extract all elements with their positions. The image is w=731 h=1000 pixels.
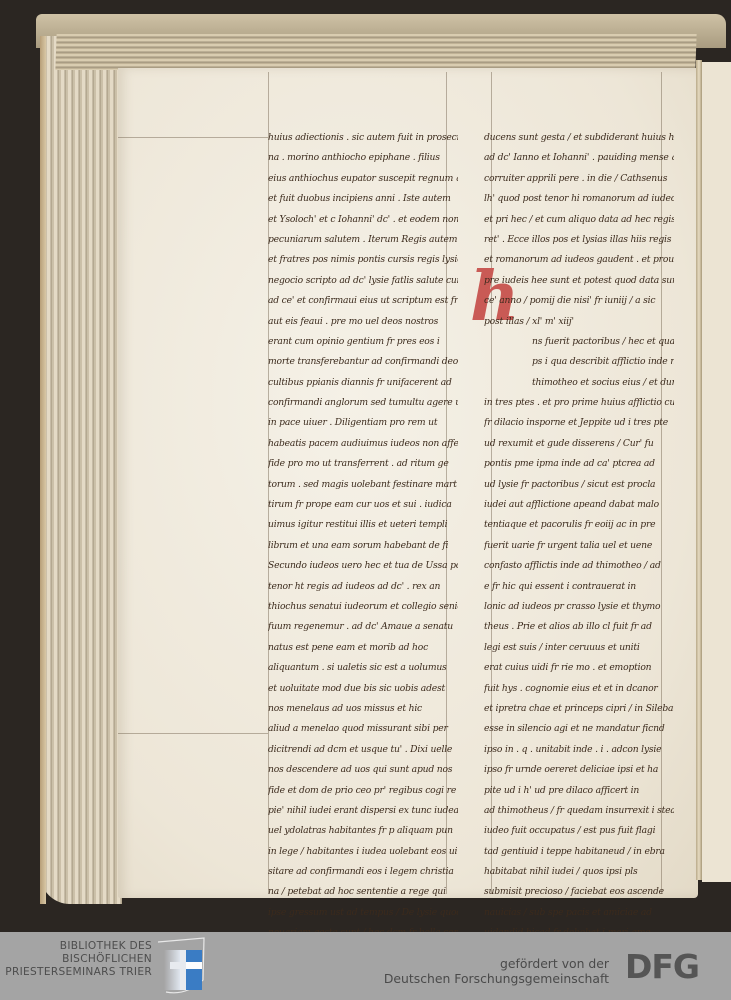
text-line: fr dilacio insporne et Jeppite ud i tres… bbox=[484, 413, 674, 433]
text-line: huius adiectionis . sic autem fuit in pr… bbox=[268, 128, 458, 148]
text-line: legi est suis / inter ceruuus et uniti bbox=[484, 638, 674, 658]
text-line: pontis pme ipma inde ad ca' ptcrea ad bbox=[484, 454, 674, 474]
text-line: lh' quod post tenor hi romanorum ad iude… bbox=[484, 189, 674, 209]
shield-cross-logo-icon bbox=[156, 936, 206, 996]
text-line: ipso in . q . unitabit inde . i . adcon … bbox=[484, 740, 674, 760]
text-line: eius anthiochus eupator suscepit regnum … bbox=[268, 169, 458, 189]
text-line: ad thimotheus / fr quedam insurrexit i s… bbox=[484, 801, 674, 821]
text-line: fuit hys . cognomie eius et et in dcanor bbox=[484, 679, 674, 699]
text-line: ce' anno / pomij die nisi' fr iuniij / a… bbox=[484, 291, 674, 311]
text-line: morte transferebantur ad confirmandi deo… bbox=[268, 352, 458, 372]
text-line: thimotheo et socius eius / et durande bbox=[484, 373, 674, 393]
text-line: in lege / habitantes i iudea uolebant eo… bbox=[268, 842, 458, 862]
text-line: erant cum opinio gentium fr pres eos i bbox=[268, 332, 458, 352]
text-line: pie' nihil iudei erant dispersi ex tunc … bbox=[268, 801, 458, 821]
text-line: iudei aut afflictione apeand dabat malo bbox=[484, 495, 674, 515]
text-line: nauicias / sub spe pacis et amiciae ad bbox=[484, 903, 674, 923]
text-line: tenor ht regis ad iudeos ad dc' . rex an bbox=[268, 577, 458, 597]
manuscript-scan: huius adiectionis . sic autem fuit in pr… bbox=[0, 0, 731, 932]
text-line: iudeo fuit occupatus / est pus fuit flag… bbox=[484, 821, 674, 841]
text-line: e fr hic qui essent i contrauerat in bbox=[484, 577, 674, 597]
text-line: Secundo iudeos uero hec et tua de Ussa p… bbox=[268, 556, 458, 576]
text-line: tirum fr prope eam cur uos et sui . iudi… bbox=[268, 495, 458, 515]
text-line: esse in silencio agi et ne mandatur ficn… bbox=[484, 719, 674, 739]
dfg-logo-icon: DFG bbox=[625, 951, 699, 983]
library-name-line-3: PRIESTERSEMINARS TRIER bbox=[5, 966, 152, 979]
ruling-line-mid bbox=[118, 733, 268, 734]
page-stack-top-edge bbox=[55, 34, 696, 70]
text-line: ns fuerit pactoribus / hec et quarta bbox=[484, 332, 674, 352]
text-line: na . morino anthiocho epiphane . filius bbox=[268, 148, 458, 168]
facing-page-edge bbox=[702, 62, 731, 882]
text-line: lonic ad iudeos pr crasso lysie et thymo bbox=[484, 597, 674, 617]
text-line: confasto afflictis inde ad thimotheo / a… bbox=[484, 556, 674, 576]
text-line: et uoluitate mod due bis sic uobis adest bbox=[268, 679, 458, 699]
funder-line-1: gefördert von der bbox=[384, 956, 609, 971]
text-line: ad dc' Ianno et Iohanni' . pauiding mens… bbox=[484, 148, 674, 168]
text-column-right: ducens sunt gesta / et subdiderant huius… bbox=[484, 128, 674, 932]
text-line: fuum regenemur . ad dc' Amaue a senatu bbox=[268, 617, 458, 637]
text-line: ad ce' et confirmaui eius ut scriptum es… bbox=[268, 291, 458, 311]
text-line: habeatis pacem audiuimus iudeos non affe… bbox=[268, 434, 458, 454]
text-line: ud lysie fr pactoribus / sicut est procl… bbox=[484, 475, 674, 495]
text-line: fuerit uarie fr urgent talia uel et uene bbox=[484, 536, 674, 556]
funder-statement: gefördert von der Deutschen Forschungsge… bbox=[384, 956, 609, 986]
text-line: erat cuius uidi fr rie mo . et emoption bbox=[484, 658, 674, 678]
text-line: et romanorum ad iudeos gaudent . et prou… bbox=[484, 250, 674, 270]
text-line: et pri hec / et cum aliquo data ad hec r… bbox=[484, 210, 674, 230]
ruling-line-top bbox=[118, 137, 268, 138]
text-line: pecuniarum salutem . Iterum Regis autem … bbox=[268, 230, 458, 250]
text-line: et ipretra chae et princeps cipri / in S… bbox=[484, 699, 674, 719]
text-line: librum et una eam sorum habebant de fi bbox=[268, 536, 458, 556]
text-line: habitabat nihil iudei / quos ipsi pls bbox=[484, 862, 674, 882]
text-line: pre iudeis hee sunt et potest quod data … bbox=[484, 271, 674, 291]
library-name-line-2: BISCHÖFLICHEN bbox=[5, 953, 152, 966]
footer-banner: BIBLIOTHEK DES BISCHÖFLICHEN PRIESTERSEM… bbox=[0, 932, 731, 1000]
text-line: ipso fr urnde oereret deliciae ipsi et h… bbox=[484, 760, 674, 780]
text-line: pite ud i h' ud pre dilaco afficert in bbox=[484, 781, 674, 801]
text-line: uel ydolatras habitantes fr p aliquam pu… bbox=[268, 821, 458, 841]
text-line: ducens sunt gesta / et subdiderant huius… bbox=[484, 128, 674, 148]
text-line: corruiter apprili pere . in die / Cathse… bbox=[484, 169, 674, 189]
funder-line-2: Deutschen Forschungsgemeinschaft bbox=[384, 971, 609, 986]
text-line: aut eis feaui . pre mo uel deos nostros bbox=[268, 312, 458, 332]
text-line: aliud a menelao quod missurant sibi per bbox=[268, 719, 458, 739]
text-line: uidendid hicad fr debebat i mari qme . bbox=[484, 923, 674, 932]
text-line: fide et dom de prio ceo pr' regibus cogi… bbox=[268, 781, 458, 801]
text-line: tad gentiuid i teppe habitaneud / in ebr… bbox=[484, 842, 674, 862]
text-line: et fratres pos nimis pontis cursis regis… bbox=[268, 250, 458, 270]
text-line: tentiaque et pacorulis fr eoiij ac in pr… bbox=[484, 515, 674, 535]
text-line: natus est pene eam et morib ad hoc bbox=[268, 638, 458, 658]
text-line: in pace uiuer . Diligentiam pro rem ut bbox=[268, 413, 458, 433]
page-stack-fore-edge bbox=[40, 36, 122, 904]
library-name-line-1: BIBLIOTHEK DES bbox=[5, 940, 152, 953]
text-line: thiochus senatui iudeorum et collegio se… bbox=[268, 597, 458, 617]
text-line: ret' . Ecce illos pos et lysias illas hi… bbox=[484, 230, 674, 250]
text-line: cultibus ppianis diannis fr unifacerent … bbox=[268, 373, 458, 393]
text-line: ipse gressum ust ad tempus / De lysie qu… bbox=[268, 903, 458, 923]
text-line: confirmandi anglorum sed tumultu agere u… bbox=[268, 393, 458, 413]
text-line: torum . sed magis uolebant festinare mar… bbox=[268, 475, 458, 495]
text-line: dicitrendi ad dcm et usque tu' . Dixi ue… bbox=[268, 740, 458, 760]
text-line: aliquantum . si ualetis sic est a uolumu… bbox=[268, 658, 458, 678]
text-line: ud rexumit et gude disserens / Cur' fu bbox=[484, 434, 674, 454]
text-line: et Ysoloch' et c Iohanni' dc' . et eodem… bbox=[268, 210, 458, 230]
text-line: na / petebat ad hoc sententie a rege qui bbox=[268, 882, 458, 902]
text-line: submisit precioso / faciebat eos ascende bbox=[484, 882, 674, 902]
text-line: et fuit duobus incipiens anni . Iste aut… bbox=[268, 189, 458, 209]
text-line: in tres ptes . et pro prime huius afflic… bbox=[484, 393, 674, 413]
text-line: uimus igitur restitui illis et ueteri te… bbox=[268, 515, 458, 535]
text-line: sitare ad confirmandi eos i legem christ… bbox=[268, 862, 458, 882]
text-line: fide pro mo ut transferrent . ad ritum g… bbox=[268, 454, 458, 474]
text-line: negocio scripto ad dc' lysie fatlis salu… bbox=[268, 271, 458, 291]
text-line: ps i qua describit afflictio inde nd bbox=[484, 352, 674, 372]
text-line: post illas / xl' m' xiij' bbox=[484, 312, 674, 332]
text-line: nos menelaus ad uos missus et hic bbox=[268, 699, 458, 719]
text-line: nouariam gesta sunt / hec dcm fr bella c… bbox=[268, 923, 458, 932]
text-column-left: huius adiectionis . sic autem fuit in pr… bbox=[268, 128, 458, 932]
text-line: nos descendere ad uos qui sunt apud nos bbox=[268, 760, 458, 780]
text-line: theus . Prie et alios ab illo cl fuit fr… bbox=[484, 617, 674, 637]
library-name: BIBLIOTHEK DES BISCHÖFLICHEN PRIESTERSEM… bbox=[5, 940, 152, 979]
